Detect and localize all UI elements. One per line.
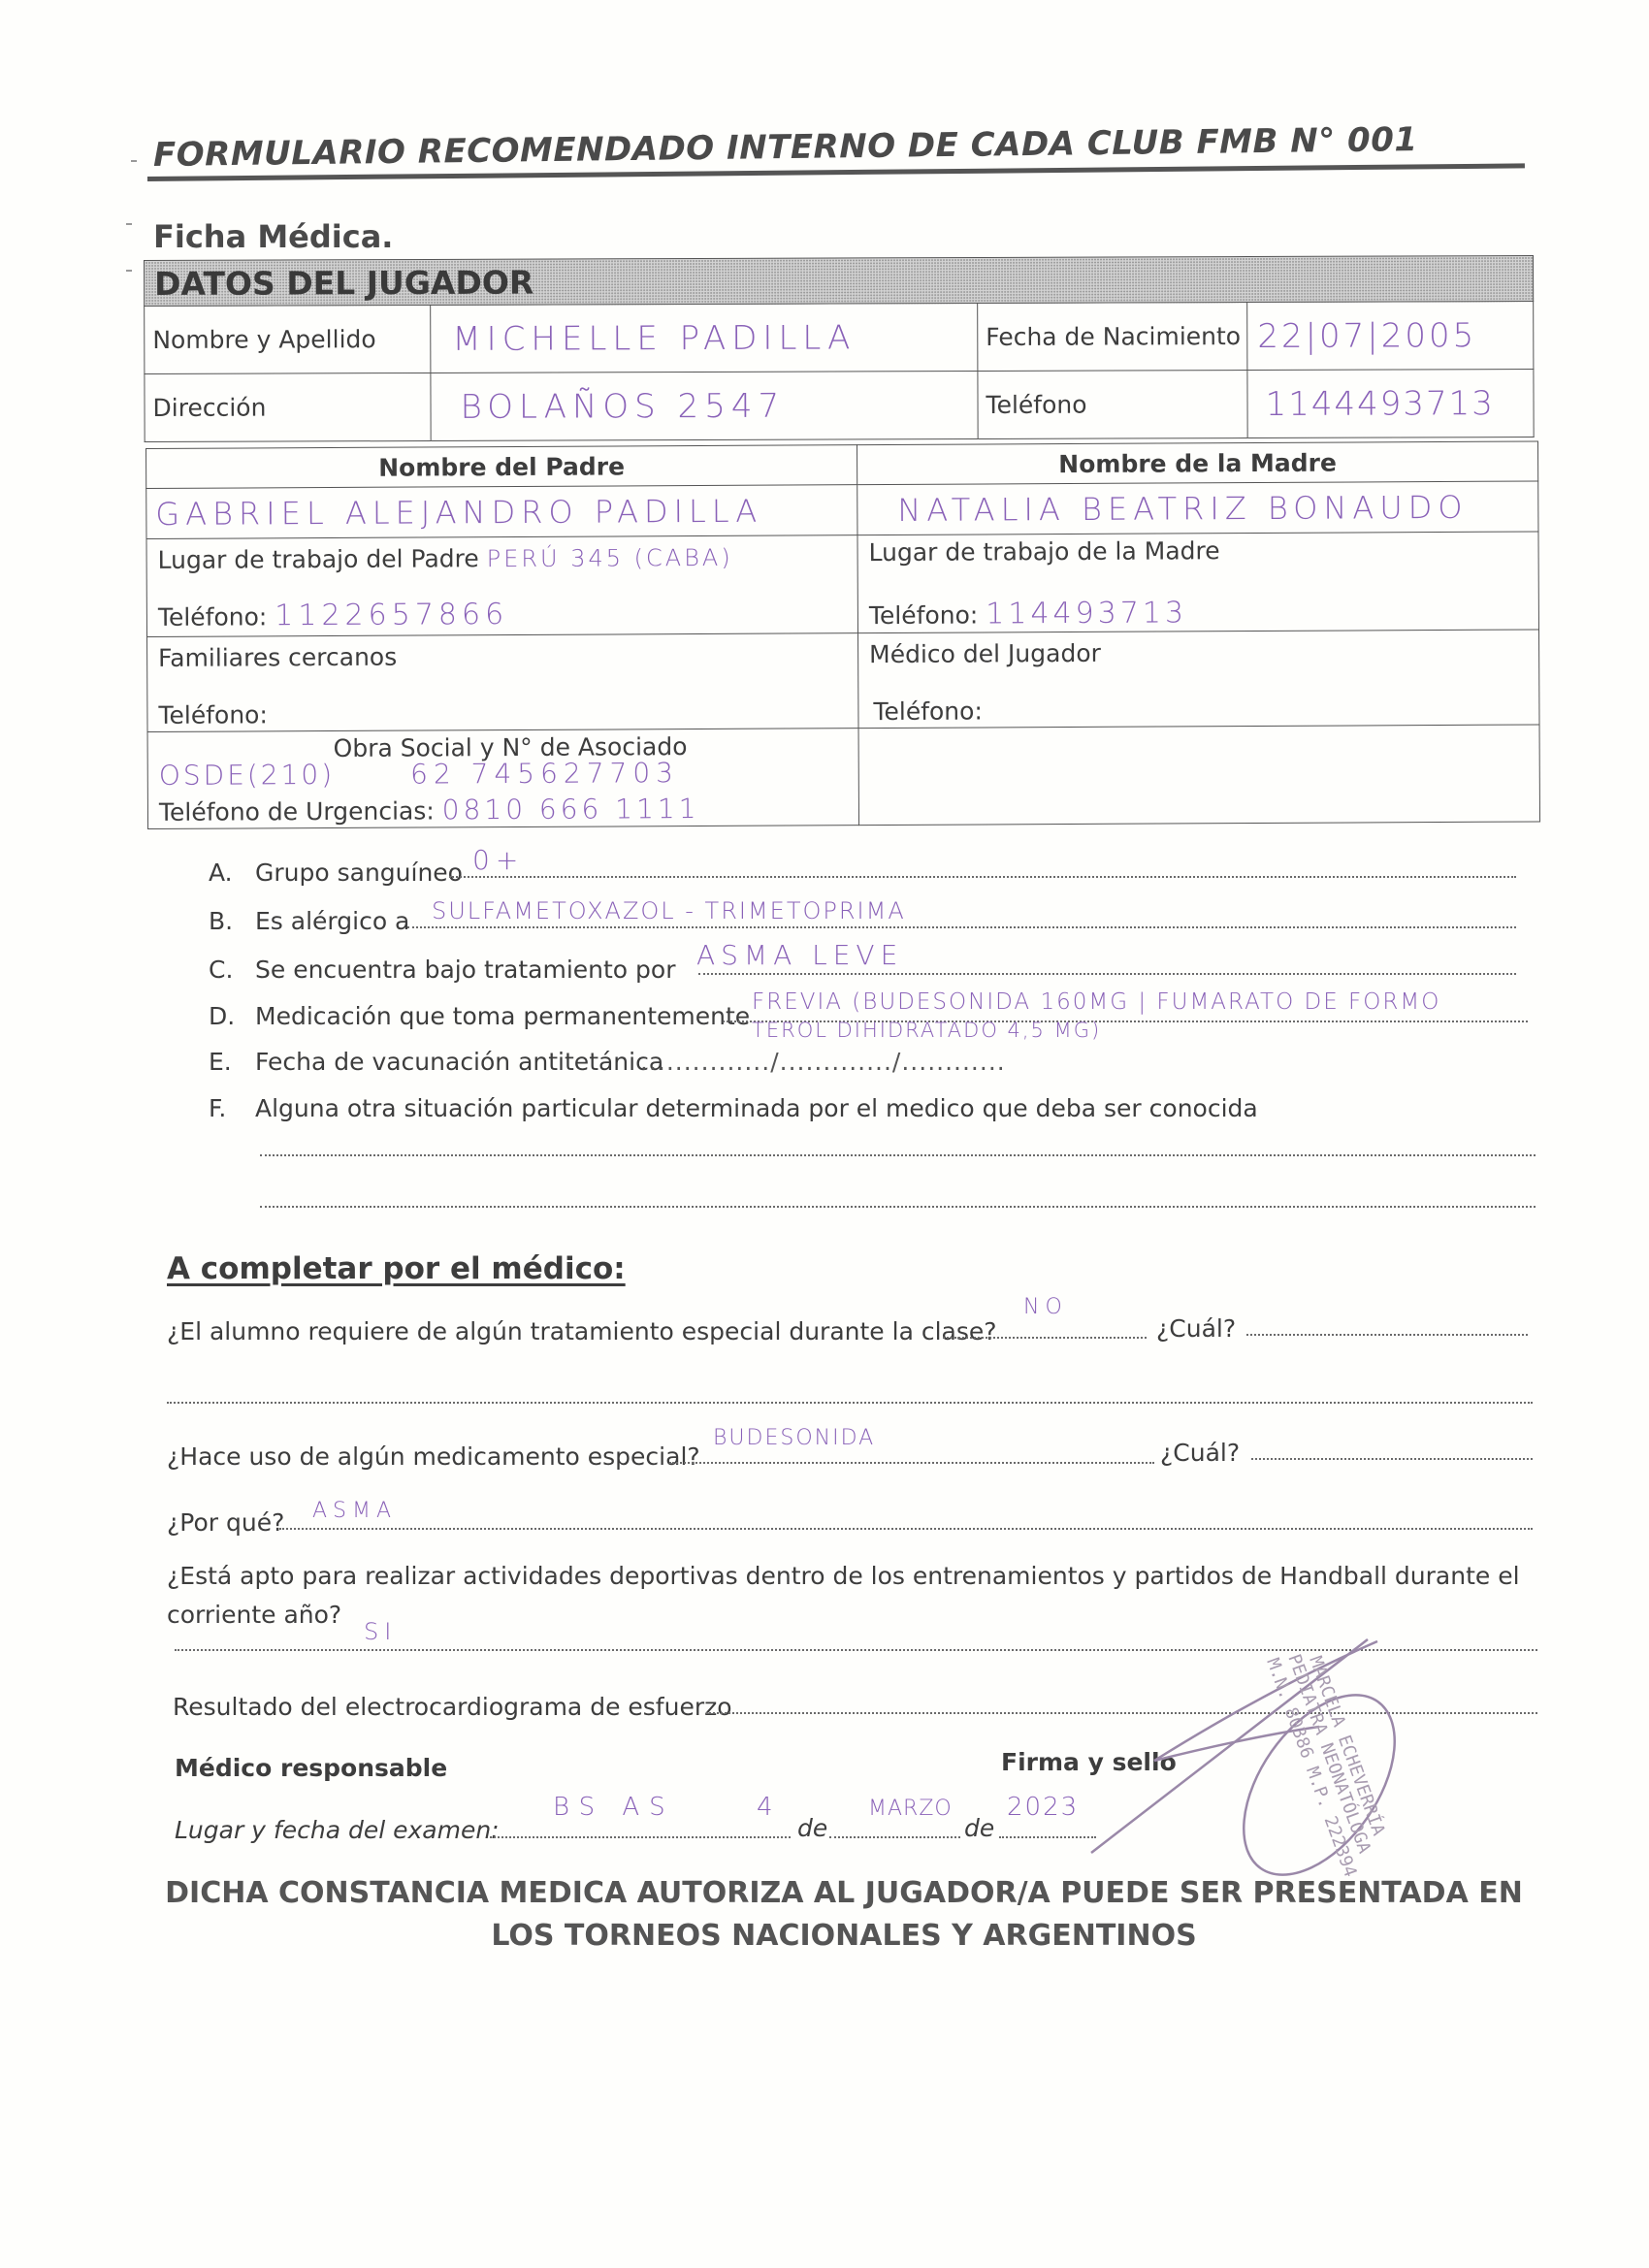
month-field[interactable] [829,1836,960,1838]
de-label-1: de [797,1814,827,1842]
insurance-number-field[interactable]: 62 745627703 [410,757,679,790]
stamp-line1: MARCELA ECHEVERRÍA [1305,1653,1389,1838]
relatives-phone-label: Teléfono: [148,697,857,729]
birth-date-field[interactable]: 22|07|2005 [1247,301,1534,370]
parents-table: Nombre del Padre Nombre de la Madre GABR… [145,440,1540,829]
q1-cual-label: ¿Cuál? [1156,1314,1236,1343]
empty-cell [858,725,1540,826]
name-label: Nombre y Apellido [145,305,431,373]
blood-type-value: 0+ [472,844,524,876]
medication-value-line2: TEROL DIHIDRATADO 4,5 MG) [752,1019,1101,1042]
q3-value: ASMA [312,1499,397,1523]
mother-work-cell: Lugar de trabajo de la Madre Teléfono: 1… [857,532,1539,633]
q4-value: SI [364,1618,397,1645]
stamp-line2: PEDIATRA NEONATÓLOGA [1283,1651,1375,1856]
father-heading: Nombre del Padre [146,445,857,489]
q2-field[interactable] [669,1462,1154,1464]
day-value: 4 [757,1793,779,1822]
doctor-cell: Médico del Jugador Teléfono: [858,630,1540,729]
place-value: BS AS [553,1793,675,1822]
mother-heading: Nombre de la Madre [857,441,1537,485]
doctor-label: Médico del Jugador [859,636,1537,668]
father-phone-label: Teléfono: [158,602,268,632]
list-item-tetanus: E.Fecha de vacunación antitetánica [209,1048,663,1076]
footer-line2: LOS TORNEOS NACIONALES Y ARGENTINOS [145,1915,1542,1958]
q2-cual-field[interactable] [1251,1458,1533,1460]
list-item-treatment: C.Se encuentra bajo tratamiento por [209,956,676,984]
q1-value: NO [1023,1295,1068,1319]
mother-phone-label: Teléfono: [869,601,979,631]
responsible-doctor-label: Médico responsable [175,1754,447,1782]
father-name-field[interactable]: GABRIEL ALEJANDRO PADILLA [146,485,857,539]
q2-cual-label: ¿Cuál? [1160,1439,1240,1467]
player-data-heading: DATOS DEL JUGADOR [145,255,1534,306]
place-date-label: Lugar y fecha del examen: [175,1816,500,1844]
list-item-blood-type: A.Grupo sanguíneo [209,859,463,887]
birth-date-label: Fecha de Nacimiento [978,303,1247,372]
scan-mark [126,223,132,225]
relatives-cell: Familiares cercanos Teléfono: [147,633,859,732]
place-field[interactable] [490,1836,791,1838]
q3-label: ¿Por qué? [167,1508,284,1537]
q1-extra-line[interactable] [167,1402,1533,1404]
father-work-label: Lugar de trabajo del Padre [158,544,479,574]
father-phone-field[interactable]: 1122657866 [275,598,508,632]
doctor-phone-label: Teléfono: [859,694,1537,726]
address-label: Dirección [145,373,431,441]
month-value: MARZO [868,1797,953,1821]
other-field-line1[interactable] [260,1154,1536,1156]
tetanus-date-field[interactable]: .............../............./..........… [640,1048,1006,1076]
allergies-value: SULFAMETOXAZOL - TRIMETOPRIMA [432,897,906,924]
insurance-cell: Obra Social y N° de Asociado OSDE(210) 6… [147,729,859,829]
q2-value: BUDESONIDA [713,1426,875,1450]
doctor-section-title: A completar por el médico: [167,1251,626,1286]
father-work-field[interactable]: PERÚ 345 (CABA) [487,544,733,572]
q1-cual-field[interactable] [1246,1334,1528,1336]
signature-label: Firma y sello [1001,1748,1177,1776]
address-field[interactable]: BOLAÑOS 2547 [431,371,978,440]
name-field[interactable]: MICHELLE PADILLA [431,303,978,373]
other-field-line2[interactable] [260,1206,1536,1208]
mother-work-label: Lugar de trabajo de la Madre [868,536,1219,567]
mother-phone-field[interactable]: 114493713 [986,596,1187,631]
ecg-label: Resultado del electrocardiograma de esfu… [173,1693,732,1721]
list-item-other: F.Alguna otra situación particular deter… [209,1094,1258,1122]
q4-label-line2: corriente año? [167,1601,341,1629]
blood-type-field[interactable] [449,876,1516,878]
footer-line1: DICHA CONSTANCIA MEDICA AUTORIZA AL JUGA… [145,1872,1542,1915]
insurance-name-field[interactable]: OSDE(210) [159,759,336,792]
list-item-medication: D.Medicación que toma permanentemente [209,1002,750,1030]
treatment-value: ASMA LEVE [696,939,903,971]
q1-field[interactable] [943,1337,1147,1339]
q4-field[interactable] [175,1649,1537,1651]
emergency-phone-field[interactable]: 0810 666 1111 [442,793,700,826]
ecg-field[interactable] [706,1712,1537,1714]
phone-label: Teléfono [978,371,1247,439]
footer-note: DICHA CONSTANCIA MEDICA AUTORIZA AL JUGA… [145,1872,1542,1958]
q3-field[interactable] [279,1528,1533,1530]
q4-label-line1: ¿Está apto para realizar actividades dep… [167,1562,1520,1590]
father-work-cell: Lugar de trabajo del Padre PERÚ 345 (CAB… [146,535,858,637]
treatment-field[interactable] [698,973,1516,975]
emergency-label: Teléfono de Urgencias: [159,796,435,826]
list-item-allergies: B.Es alérgico a [209,907,409,935]
stamp-line3: M.N. 80386 M.P. 222394 [1262,1656,1360,1880]
year-value: 2023 [1007,1793,1079,1822]
scan-mark [131,160,137,162]
medication-value: FREVIA (BUDESONIDA 160MG | FUMARATO DE F… [752,989,1440,1015]
year-field[interactable] [999,1836,1096,1838]
mother-name-field[interactable]: NATALIA BEATRIZ BONAUDO [857,481,1538,535]
phone-field[interactable]: 1144493713 [1247,369,1534,437]
q1-label: ¿El alumno requiere de algún tratamiento… [167,1317,997,1345]
scan-mark [126,270,132,272]
section-title: Ficha Médica. [153,218,393,255]
player-data-table: DATOS DEL JUGADOR Nombre y Apellido MICH… [144,255,1535,442]
de-label-2: de [964,1814,994,1842]
q2-label: ¿Hace uso de algún medicamento especial? [167,1442,700,1471]
relatives-label: Familiares cercanos [148,640,857,672]
allergies-field[interactable] [407,926,1516,928]
